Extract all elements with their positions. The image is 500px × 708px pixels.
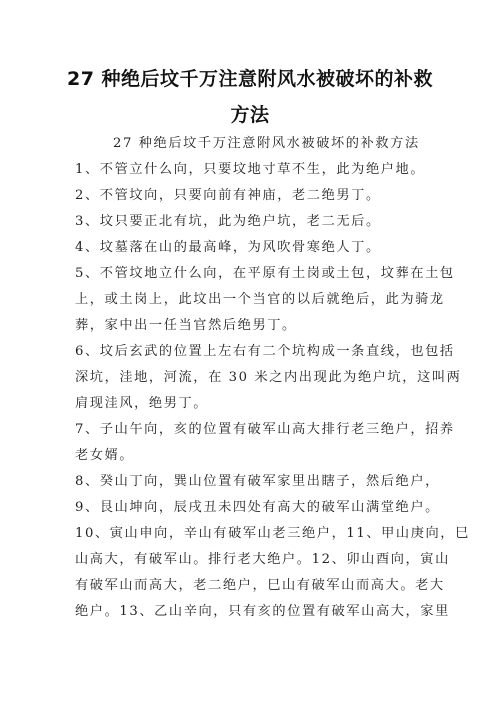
body-line: 老女婿。	[75, 443, 425, 469]
body-line: 肩现洼风，绝男丁。	[75, 391, 425, 417]
body-line: 5、不管坟地立什么向，在平原有土岗或土包，坟葬在土包	[75, 261, 425, 287]
document-title-line-2: 方法	[0, 100, 500, 127]
body-line: 3、坟只要正北有坑，此为绝户坑，老二无后。	[75, 209, 425, 235]
document-title-line-1: 27 种绝后坟千万注意附风水被破坏的补救	[0, 64, 500, 91]
body-line: 葬，家中出一任当官然后绝男丁。	[75, 313, 425, 339]
body-line: 有破军山而高大，老二绝户，巳山有破军山而高大。老大	[75, 573, 425, 599]
body-line: 上，或土岗上，此坟出一个当官的以后就绝后，此为骑龙	[75, 287, 425, 313]
body-line: 10、寅山申向，辛山有破军山老三绝户，11、甲山庚向，巳	[75, 521, 425, 547]
body-line: 9、艮山坤向，辰戌丑未四处有高大的破军山满堂绝户。	[75, 495, 425, 521]
body-line: 深坑，洼地，河流，在 30 米之内出现此为绝户坑，这叫两	[75, 365, 425, 391]
body-line: 4、坟墓落在山的最高峰，为风吹骨寒绝人丁。	[75, 235, 425, 261]
body-line: 8、癸山丁向，巽山位置有破军家里出瞎子，然后绝户，	[75, 469, 425, 495]
document-body: 27 种绝后坟千万注意附风水被破坏的补救方法 1、不管立什么向，只要坟地寸草不生…	[75, 131, 425, 625]
document-page: 27 种绝后坟千万注意附风水被破坏的补救 方法 27 种绝后坟千万注意附风水被破…	[0, 0, 500, 708]
body-line: 山高大，有破军山。排行老大绝户。12、卯山酉向，寅山	[75, 547, 425, 573]
document-subtitle: 27 种绝后坟千万注意附风水被破坏的补救方法	[75, 131, 425, 157]
body-line: 1、不管立什么向，只要坟地寸草不生，此为绝户地。	[75, 157, 425, 183]
body-line: 7、子山午向，亥的位置有破军山高大排行老三绝户，招养	[75, 417, 425, 443]
body-line: 2、不管坟向，只要向前有神庙，老二绝男丁。	[75, 183, 425, 209]
body-line: 6、坟后玄武的位置上左右有二个坑构成一条直线，也包括	[75, 339, 425, 365]
body-line: 绝户。13、乙山辛向，只有亥的位置有破军山高大，家里	[75, 599, 425, 625]
